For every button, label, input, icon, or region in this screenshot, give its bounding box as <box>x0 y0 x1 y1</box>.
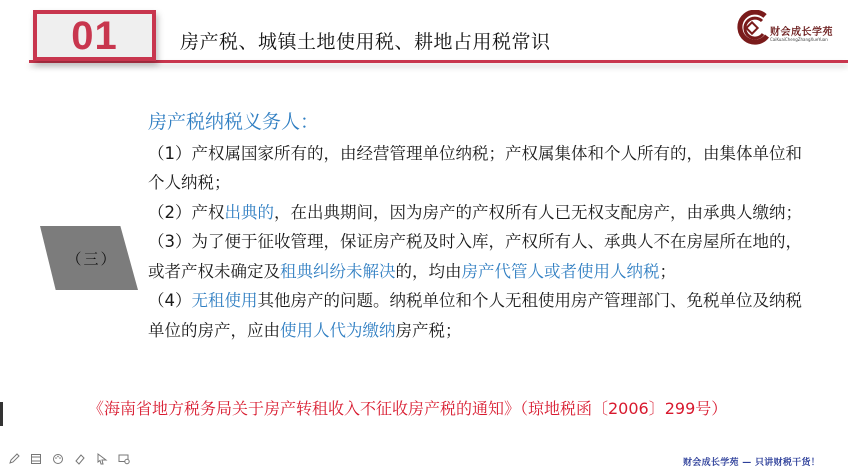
pointer-icon[interactable] <box>96 453 108 465</box>
highlight-text: 使用人代为缴纳 <box>280 321 396 340</box>
page-title: 房产税、城镇土地使用税、耕地占用税常识 <box>180 27 551 54</box>
item-text: （2）产权 <box>148 203 225 222</box>
logo-mark-icon <box>735 10 771 46</box>
item-text: ，在出典期间，因为房产的产权所有人已无权支配房产，由承典人缴纳； <box>274 203 802 222</box>
highlight-text: 出典的 <box>225 203 275 222</box>
item-text: ； <box>660 262 677 281</box>
item-text: 的，均由 <box>396 262 462 281</box>
footer-slogan: 财会成长学苑 — 只讲财税干货！ <box>683 455 820 468</box>
list-item: （3）为了便于征收管理，保证房产税及时入库，产权所有人、承典人不在房屋所在地的，… <box>148 227 818 286</box>
source-citation: 《海南省地方税务局关于房产转租收入不征收房产税的通知》（琼地税函〔2006〕29… <box>88 396 727 419</box>
item-text: （1）产权属国家所有的，由经营管理单位纳税；产权属集体和个人所有的，由集体单位和… <box>148 144 802 193</box>
palette-icon[interactable] <box>52 453 64 465</box>
highlight-text: 租典纠纷未解决 <box>280 262 396 281</box>
left-edge-handle <box>0 402 3 426</box>
section-number-box: 01 <box>33 10 156 61</box>
logo-name: 财会成长学苑 <box>770 23 833 38</box>
list-item: （1）产权属国家所有的，由经营管理单位纳税；产权属集体和个人所有的，由集体单位和… <box>148 139 818 198</box>
logo: 财会成长学苑 CaiKuaiChengZhangXueYuan <box>735 10 840 50</box>
list-item: （2）产权出典的，在出典期间，因为房产的产权所有人已无权支配房产，由承典人缴纳； <box>148 198 818 228</box>
item-text: （4） <box>148 291 192 310</box>
content-body: 房产税纳税义务人： （1）产权属国家所有的，由经营管理单位纳税；产权属集体和个人… <box>148 108 818 345</box>
item-text: 房产税； <box>396 321 462 340</box>
screen-icon[interactable] <box>118 453 130 465</box>
eraser-icon[interactable] <box>74 453 86 465</box>
section-number: 01 <box>71 16 118 56</box>
highlight-text: 房产代管人或者使用人纳税 <box>462 262 660 281</box>
list-item: （4）无租使用其他房产的问题。纳税单位和个人无租使用房产管理部门、免税单位及纳税… <box>148 286 818 345</box>
presentation-toolbar <box>8 453 130 465</box>
window-icon[interactable] <box>30 453 42 465</box>
content-heading: 房产税纳税义务人： <box>148 108 818 138</box>
section-marker-label: （三） <box>60 248 117 269</box>
logo-subtitle: CaiKuaiChengZhangXueYuan <box>770 37 828 42</box>
section-marker: （三） <box>40 226 138 290</box>
pen-icon[interactable] <box>8 453 20 465</box>
highlight-text: 无租使用 <box>192 291 258 310</box>
